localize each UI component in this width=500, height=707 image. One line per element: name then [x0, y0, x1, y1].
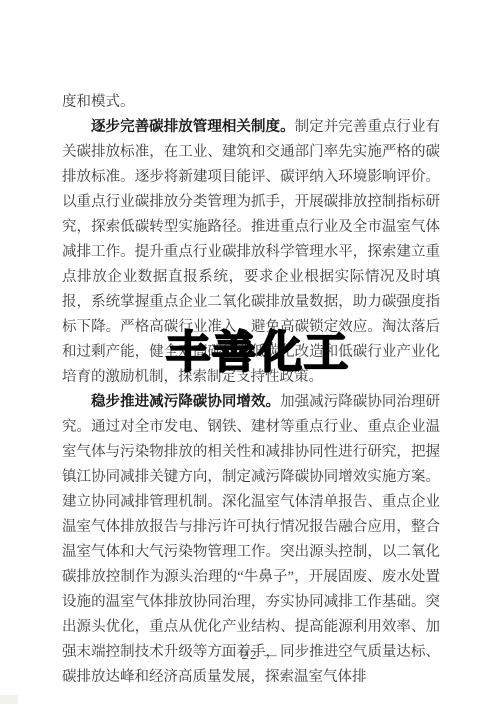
page-number: — 22 — [0, 647, 500, 663]
paragraph-text: 度和模式。 [62, 94, 135, 110]
paragraph-text: 加强减污降碳协同治理研究。通过对全市发电、钢铁、建材等重点行业、重点企业温室气体… [62, 394, 440, 685]
watermark-text: 丰善化工 [166, 329, 350, 377]
document-page: 度和模式。 逐步完善碳排放管理相关制度。制定并完善重点行业有关碳排放标准，在工业… [0, 0, 500, 707]
paragraph-lead: 稳步推进减污降碳协同增效。 [91, 394, 280, 410]
body-text-block: 度和模式。 逐步完善碳排放管理相关制度。制定并完善重点行业有关碳排放标准，在工业… [62, 90, 440, 690]
paragraph-continuation: 度和模式。 [62, 90, 440, 115]
scan-artifact-mark [0, 695, 18, 704]
paragraph-pollution-carbon-synergy: 稳步推进减污降碳协同增效。加强减污降碳协同治理研究。通过对全市发电、钢铁、建材等… [62, 390, 440, 690]
paragraph-lead: 逐步完善碳排放管理相关制度。 [91, 119, 295, 135]
